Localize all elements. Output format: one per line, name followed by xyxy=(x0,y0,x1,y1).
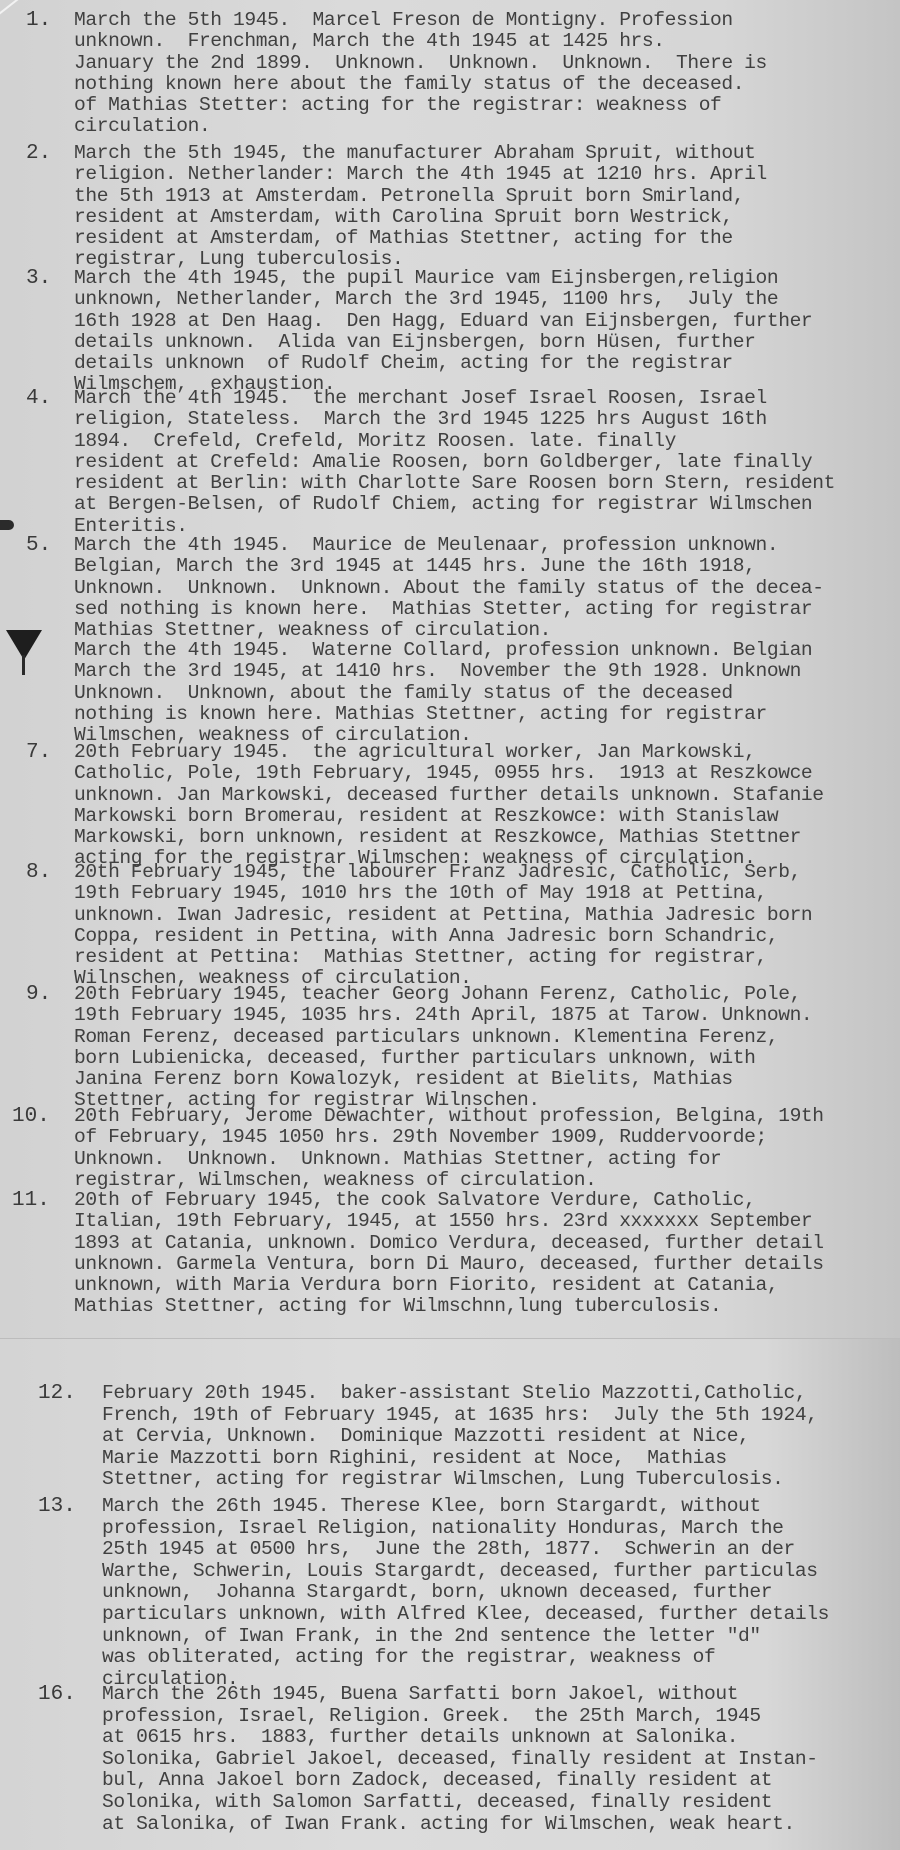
entry-number: 10. xyxy=(12,1106,50,1128)
entry-text-line: March the 4th 1945. the merchant Josef I… xyxy=(74,388,835,409)
entry-text-line: March the 4th 1945, the pupil Maurice va… xyxy=(74,268,812,289)
entry-number: 4. xyxy=(26,388,51,410)
entry-text-line: bul, Anna Jakoel born Zadock, deceased, … xyxy=(102,1770,818,1792)
entry-text-line: Stettner, acting for registrar Wilmschen… xyxy=(102,1469,818,1491)
entry-text: March the 26th 1945, Buena Sarfatti born… xyxy=(102,1684,818,1835)
entry-text-line: 1893 at Catania, unknown. Domico Verdura… xyxy=(74,1233,824,1254)
entry-text: March the 26th 1945. Therese Klee, born … xyxy=(102,1496,829,1690)
entry-text-line: March the 4th 1945. Maurice de Meulenaar… xyxy=(74,535,824,556)
entry-text-line: Warthe, Schwerin, Louis Stargardt, decea… xyxy=(102,1561,829,1583)
entry-number: 3. xyxy=(26,268,51,290)
entry-text: 20th February 1945, teacher Georg Johann… xyxy=(74,984,812,1112)
entry-text-line: Italian, 19th February, 1945, at 1550 hr… xyxy=(74,1211,824,1232)
entry-text-line: Marie Mazzotti born Righini, resident at… xyxy=(102,1448,818,1470)
entry-text-line: unknown. Iwan Jadresic, resident at Pett… xyxy=(74,905,812,926)
entry-text-line: circulation. xyxy=(74,116,767,137)
entry-text-line: unknown. Garmela Ventura, born Di Mauro,… xyxy=(74,1254,824,1275)
entry-text-line: unknown, with Maria Verdura born Fiorito… xyxy=(74,1275,824,1296)
entry-text-line: unknown. Frenchman, March the 4th 1945 a… xyxy=(74,31,767,52)
entry-text-line: religion, Stateless. March the 3rd 1945 … xyxy=(74,409,835,430)
entry-text-line: 20th February, Jerome Dewachter, without… xyxy=(74,1106,824,1127)
entry-text-line: 20th February 1945, the labourer Franz J… xyxy=(74,862,812,883)
entry-text-line: Janina Ferenz born Kowalozyk, resident a… xyxy=(74,1069,812,1090)
entry-text-line: February 20th 1945. baker-assistant Stel… xyxy=(102,1383,818,1405)
entry-text-line: Unknown. Unknown. Unknown. About the fam… xyxy=(74,578,824,599)
entry-text-line: resident at Amsterdam, with Carolina Spr… xyxy=(74,207,767,228)
entry-text: 20th February, Jerome Dewachter, without… xyxy=(74,1106,824,1191)
entry-text-line: of Mathias Stetter: acting for the regis… xyxy=(74,95,767,116)
entry-text-line: 20th February 1945. the agricultural wor… xyxy=(74,742,824,763)
entry-text: February 20th 1945. baker-assistant Stel… xyxy=(102,1383,818,1491)
entry-text-line: Markowski born Bromerau, resident at Res… xyxy=(74,806,824,827)
entry-text-line: unknown. Jan Markowski, deceased further… xyxy=(74,785,824,806)
entry-text: 20th February 1945. the agricultural wor… xyxy=(74,742,824,870)
entry-text-line: 19th February 1945, 1035 hrs. 24th April… xyxy=(74,1005,812,1026)
entry-number: 5. xyxy=(26,535,51,557)
entry-text-line: at Cervia, Unknown. Dominique Mazzotti r… xyxy=(102,1426,818,1448)
entry-text-line: 25th 1945 at 0500 hrs, June the 28th, 18… xyxy=(102,1539,829,1561)
entry-text-line: nothing is known here. Mathias Stettner,… xyxy=(74,704,812,725)
entry-text-line: Roman Ferenz, deceased particulars unkno… xyxy=(74,1027,812,1048)
entry-text-line: at 0615 hrs. 1883, further details unkno… xyxy=(102,1727,818,1749)
entry-text-line: March the 5th 1945. Marcel Freson de Mon… xyxy=(74,10,767,31)
entry-text-line: was obliterated, acting for the registra… xyxy=(102,1647,829,1669)
entry-text-line: March the 3rd 1945, at 1410 hrs. Novembe… xyxy=(74,661,812,682)
entry-text-line: Mathias Stettner, acting for Wilmschnn,l… xyxy=(74,1296,824,1317)
entry-text-line: Coppa, resident in Pettina, with Anna Ja… xyxy=(74,926,812,947)
entry-text-line: French, 19th of February 1945, at 1635 h… xyxy=(102,1405,818,1427)
entry-text-line: unknown, Netherlander, March the 3rd 194… xyxy=(74,289,812,310)
entry-text-line: of February, 1945 1050 hrs. 29th Novembe… xyxy=(74,1127,824,1148)
entry-text-line: March the 4th 1945. Waterne Collard, pro… xyxy=(74,640,812,661)
entry-text-line: January the 2nd 1899. Unknown. Unknown. … xyxy=(74,53,767,74)
entry-text-line: registrar, Wilmschen, weakness of circul… xyxy=(74,1170,824,1191)
entry-text-line: resident at Crefeld: Amalie Roosen, born… xyxy=(74,452,835,473)
entry-number: 16. xyxy=(38,1684,76,1706)
entry-text: March the 5th 1945. Marcel Freson de Mon… xyxy=(74,10,767,138)
entry-text: 20th February 1945, the labourer Franz J… xyxy=(74,862,812,990)
typed-sheet-1: 1.March the 5th 1945. Marcel Freson de M… xyxy=(0,0,900,1338)
entry-text-line: 20th of February 1945, the cook Salvator… xyxy=(74,1190,824,1211)
entry-text-line: March the 26th 1945, Buena Sarfatti born… xyxy=(102,1684,818,1706)
entry-text-line: details unknown of Rudolf Cheim, acting … xyxy=(74,353,812,374)
entry-text-line: Belgian, March the 3rd 1945 at 1445 hrs.… xyxy=(74,556,824,577)
entry-text-line: at Bergen-Belsen, of Rudolf Chiem, actin… xyxy=(74,494,835,515)
typed-sheet-2: 12.February 20th 1945. baker-assistant S… xyxy=(0,1338,900,1850)
entry-text: March the 4th 1945, the pupil Maurice va… xyxy=(74,268,812,396)
entry-text: March the 5th 1945, the manufacturer Abr… xyxy=(74,143,767,271)
entry-text-line: 19th February 1945, 1010 hrs the 10th of… xyxy=(74,883,812,904)
entry-text: March the 4th 1945. Waterne Collard, pro… xyxy=(74,640,812,746)
entry-number: 9. xyxy=(26,984,51,1006)
entry-text-line: 16th 1928 at Den Haag. Den Hagg, Eduard … xyxy=(74,311,812,332)
entry-number: 8. xyxy=(26,862,51,884)
entry-text-line: unknown, Johanna Stargardt, born, uknown… xyxy=(102,1582,829,1604)
entry-number: 12. xyxy=(38,1383,76,1405)
entry-text-line: religion. Netherlander: March the 4th 19… xyxy=(74,164,767,185)
entry-text: March the 4th 1945. the merchant Josef I… xyxy=(74,388,835,537)
entry-text-line: Unknown. Unknown, about the family statu… xyxy=(74,683,812,704)
entry-text-line: Solonika, Gabriel Jakoel, deceased, fina… xyxy=(102,1749,818,1771)
entry-text-line: particulars unknown, with Alfred Klee, d… xyxy=(102,1604,829,1626)
entry-text-line: 1894. Crefeld, Crefeld, Moritz Roosen. l… xyxy=(74,431,835,452)
entry-number: 7. xyxy=(26,742,51,764)
entry-text-line: Markowski, born unknown, resident at Res… xyxy=(74,827,824,848)
entry-number: 1. xyxy=(26,10,51,32)
entry-text: March the 4th 1945. Maurice de Meulenaar… xyxy=(74,535,824,641)
entry-text-line: profession, Israel Religion, nationality… xyxy=(102,1518,829,1540)
entry-number: 13. xyxy=(38,1496,76,1518)
ink-smudge xyxy=(0,520,14,530)
entry-text-line: details unknown. Alida van Eijnsbergen, … xyxy=(74,332,812,353)
ink-blot-drip xyxy=(22,655,25,675)
entry-text-line: Catholic, Pole, 19th February, 1945, 095… xyxy=(74,763,824,784)
entry-text-line: the 5th 1913 at Amsterdam. Petronella Sp… xyxy=(74,186,767,207)
entry-text-line: Unknown. Unknown. Unknown. Mathias Stett… xyxy=(74,1149,824,1170)
entry-text-line: at Salonika, of Iwan Frank. acting for W… xyxy=(102,1814,818,1836)
entry-text-line: March the 5th 1945, the manufacturer Abr… xyxy=(74,143,767,164)
entry-text-line: resident at Berlin: with Charlotte Sare … xyxy=(74,473,835,494)
entry-text-line: sed nothing is known here. Mathias Stett… xyxy=(74,599,824,620)
entry-number: 11. xyxy=(12,1190,50,1212)
entry-text-line: unknown, of Iwan Frank, in the 2nd sente… xyxy=(102,1626,829,1648)
entry-text-line: resident at Amsterdam, of Mathias Stettn… xyxy=(74,228,767,249)
entry-number: 2. xyxy=(26,143,51,165)
entry-text-line: Solonika, with Salomon Sarfatti, decease… xyxy=(102,1792,818,1814)
entry-text-line: 20th February 1945, teacher Georg Johann… xyxy=(74,984,812,1005)
entry-text-line: resident at Pettina: Mathias Stettner, a… xyxy=(74,947,812,968)
entry-text-line: born Lubienicka, deceased, further parti… xyxy=(74,1048,812,1069)
entry-text-line: March the 26th 1945. Therese Klee, born … xyxy=(102,1496,829,1518)
entry-text: 20th of February 1945, the cook Salvator… xyxy=(74,1190,824,1318)
entry-text-line: profession, Israel, Religion. Greek. the… xyxy=(102,1706,818,1728)
entry-text-line: nothing known here about the family stat… xyxy=(74,74,767,95)
